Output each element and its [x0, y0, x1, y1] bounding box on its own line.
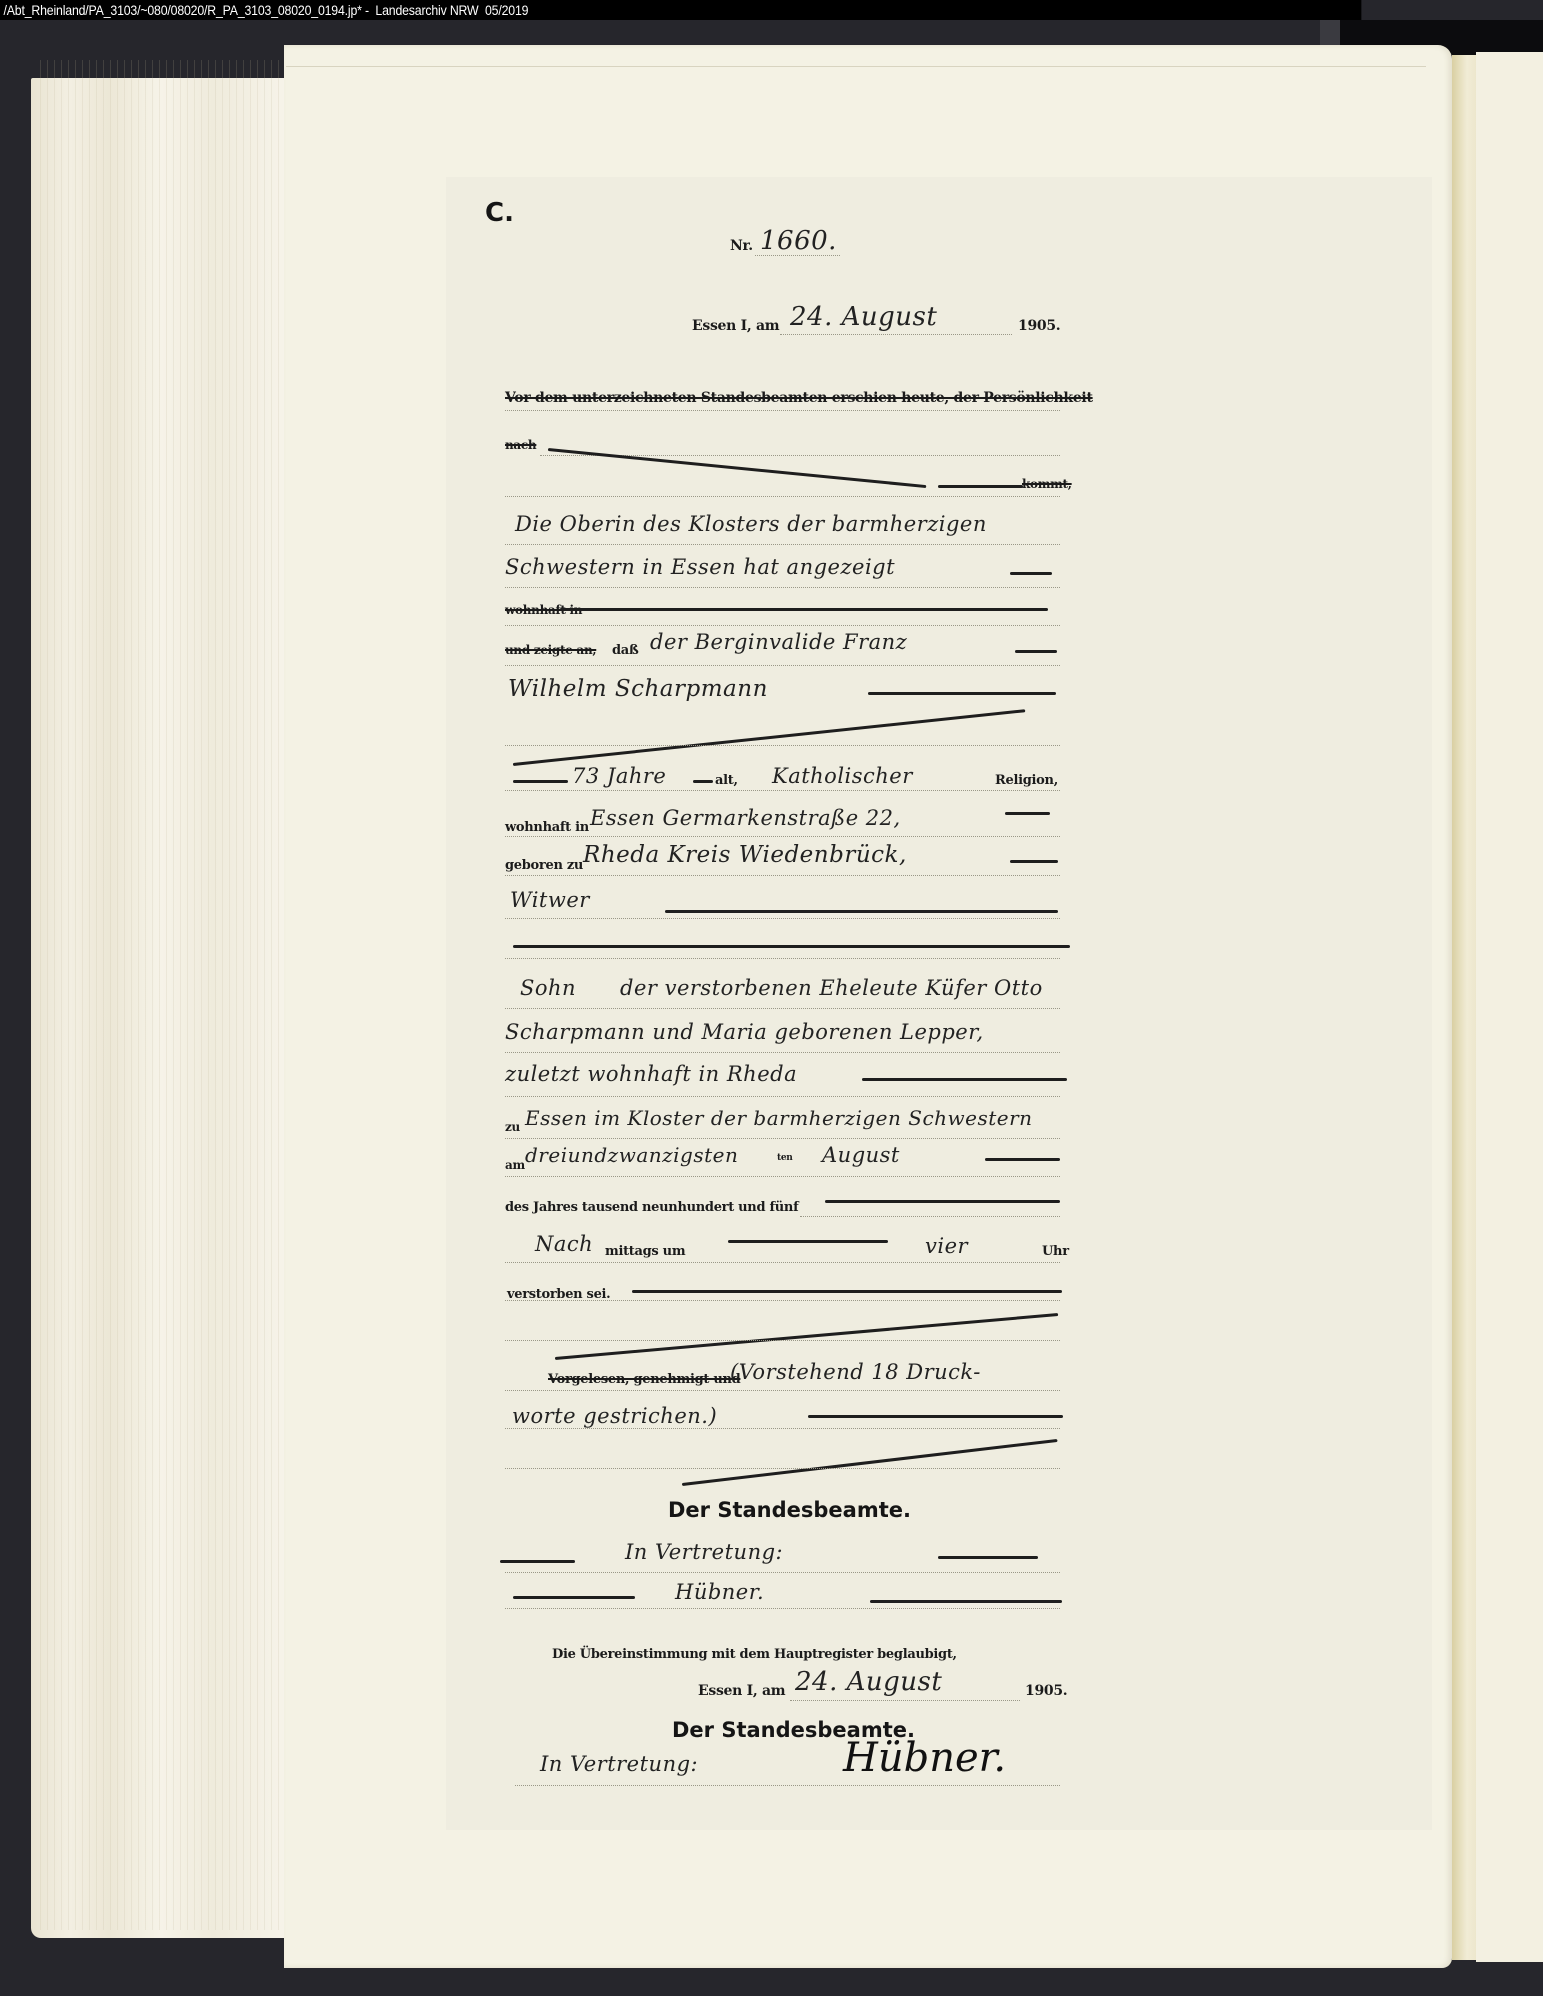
cert-vertretung: In Vertretung:	[540, 1752, 698, 1776]
parents-sohn: Sohn	[520, 976, 576, 1000]
window-title-bar: /Abt_Rheinland/PA_3103/~080/08020/R_PA_3…	[0, 0, 1361, 20]
cancel-stroke	[938, 485, 1023, 488]
marital-status: Witwer	[510, 888, 590, 912]
death-place: Essen im Kloster der barmherzigen Schwes…	[525, 1106, 1033, 1130]
dotted-rule	[505, 1176, 1060, 1177]
number-label: Nr.	[730, 238, 753, 254]
dotted-rule	[505, 1608, 1060, 1609]
residence-value: Essen Germarkenstraße 22,	[590, 806, 901, 830]
fill-stroke	[513, 1596, 635, 1599]
dotted-rule	[505, 496, 1060, 497]
dotted-rule	[505, 836, 1060, 837]
death-month: August	[822, 1143, 900, 1167]
fill-stroke	[1015, 650, 1057, 653]
residence-label: wohnhaft in	[505, 820, 589, 835]
dotted-rule	[505, 1300, 1060, 1301]
fill-stroke	[500, 1560, 575, 1563]
age-label: alt,	[715, 773, 738, 788]
dotted-rule	[505, 958, 1060, 959]
record-date: 24. August	[790, 302, 937, 332]
fill-stroke	[632, 1290, 1062, 1293]
dotted-rule	[505, 1428, 1060, 1429]
record-year: 1905.	[1018, 318, 1060, 334]
struck-intro-text: Vor dem unterzeichneten Standesbeamten e…	[505, 390, 1093, 406]
signature-name: Hübner.	[675, 1580, 764, 1604]
deceased-line-1: der Berginvalide Franz	[650, 630, 907, 654]
dotted-rule	[505, 625, 1060, 626]
time-value: vier	[925, 1234, 968, 1258]
fill-stroke	[985, 1158, 1060, 1161]
dotted-rule	[505, 410, 1060, 411]
death-place-label: zu	[505, 1120, 520, 1134]
fill-stroke	[693, 780, 713, 783]
birth-label: geboren zu	[505, 858, 583, 873]
time-unit: Uhr	[1042, 1244, 1069, 1259]
note-line-1: (Vorstehend 18 Druck-	[730, 1360, 981, 1384]
dotted-rule	[505, 544, 1060, 545]
dotted-rule	[800, 1216, 1060, 1217]
dotted-rule	[515, 1785, 1060, 1786]
parents-line-3: zuletzt wohnhaft in Rheda	[505, 1062, 797, 1086]
fill-stroke	[825, 1200, 1060, 1203]
signature-heading: Der Standesbeamte.	[668, 1498, 911, 1522]
certification-text: Die Übereinstimmung mit dem Hauptregiste…	[552, 1647, 957, 1662]
cert-date: 24. August	[795, 1667, 942, 1697]
dotted-rule	[505, 1390, 1060, 1391]
dotted-rule	[505, 1340, 1060, 1341]
fill-stroke	[868, 692, 1056, 695]
place-label: Essen I, am	[692, 318, 779, 334]
birth-place: Rheda Kreis Wiedenbrück,	[583, 842, 907, 868]
cancel-stroke	[560, 608, 1048, 611]
dotted-rule	[505, 1008, 1060, 1009]
death-day-suffix: ten	[777, 1153, 793, 1163]
struck-kommt: kommt,	[1022, 477, 1072, 491]
fill-stroke	[513, 780, 568, 783]
page-frame-line	[286, 66, 1426, 67]
dotted-rule	[780, 334, 1012, 335]
dotted-rule	[505, 1262, 1060, 1263]
informant-line-1: Die Oberin des Klosters der barmherzigen	[515, 512, 987, 536]
time-label: mittags um	[605, 1244, 685, 1259]
dotted-rule	[505, 745, 1060, 746]
dotted-rule	[790, 1700, 1020, 1701]
page-stack-lines	[40, 60, 280, 1930]
dotted-rule	[505, 587, 1060, 588]
section-letter: C.	[485, 198, 514, 228]
dass-label: daß	[612, 643, 639, 658]
record-number: 1660.	[760, 226, 837, 256]
cert-year: 1905.	[1025, 1683, 1067, 1699]
deceased-line-2: Wilhelm Scharpmann	[508, 676, 768, 702]
signature-vertretung: In Vertretung:	[625, 1540, 783, 1564]
death-day-label: am	[505, 1158, 525, 1172]
year-text: des Jahres tausend neunhundert und fünf	[505, 1200, 798, 1215]
religion-label: Religion,	[995, 773, 1058, 788]
fill-stroke	[870, 1600, 1062, 1603]
dotted-rule	[505, 1096, 1060, 1097]
register-form-sheet	[446, 177, 1432, 1830]
death-day: dreiundzwanzigsten	[525, 1143, 738, 1167]
dotted-rule	[505, 665, 1060, 666]
cert-place-label: Essen I, am	[698, 1683, 785, 1699]
facing-page-edge	[1476, 52, 1543, 1962]
informant-line-2: Schwestern in Essen hat angezeigt	[505, 555, 895, 579]
age-value: 73 Jahre	[572, 764, 666, 788]
struck-nach: nach	[505, 438, 536, 452]
time-prefix: Nach	[535, 1232, 593, 1256]
dotted-rule	[505, 790, 1060, 791]
fill-stroke	[1010, 572, 1052, 575]
cancel-stroke	[513, 945, 1070, 948]
fill-stroke	[862, 1078, 1067, 1081]
fill-stroke	[1005, 812, 1050, 815]
parents-line-1: der verstorbenen Eheleute Küfer Otto	[620, 976, 1043, 1000]
dotted-rule	[505, 1572, 1060, 1573]
cert-signature: Hübner.	[843, 1735, 1006, 1781]
dotted-rule	[505, 918, 1060, 919]
book-gutter	[1452, 55, 1477, 1960]
dotted-rule	[755, 255, 840, 256]
fill-stroke	[1010, 860, 1058, 863]
fill-stroke	[728, 1240, 888, 1243]
religion-value: Katholischer	[772, 764, 913, 788]
dotted-rule	[505, 1138, 1060, 1139]
fill-stroke	[808, 1415, 1063, 1418]
struck-und-zeigte-an: und zeigte an,	[505, 643, 596, 657]
note-line-2: worte gestrichen.)	[512, 1404, 717, 1428]
struck-vorgelesen: Vorgelesen, genehmigt und	[548, 1372, 740, 1387]
dotted-rule	[505, 875, 1060, 876]
dotted-rule	[505, 1052, 1060, 1053]
fill-stroke	[665, 910, 1058, 913]
dotted-rule	[505, 1468, 1060, 1469]
parents-line-2: Scharpmann und Maria geborenen Lepper,	[505, 1020, 984, 1044]
fill-stroke	[938, 1556, 1038, 1559]
